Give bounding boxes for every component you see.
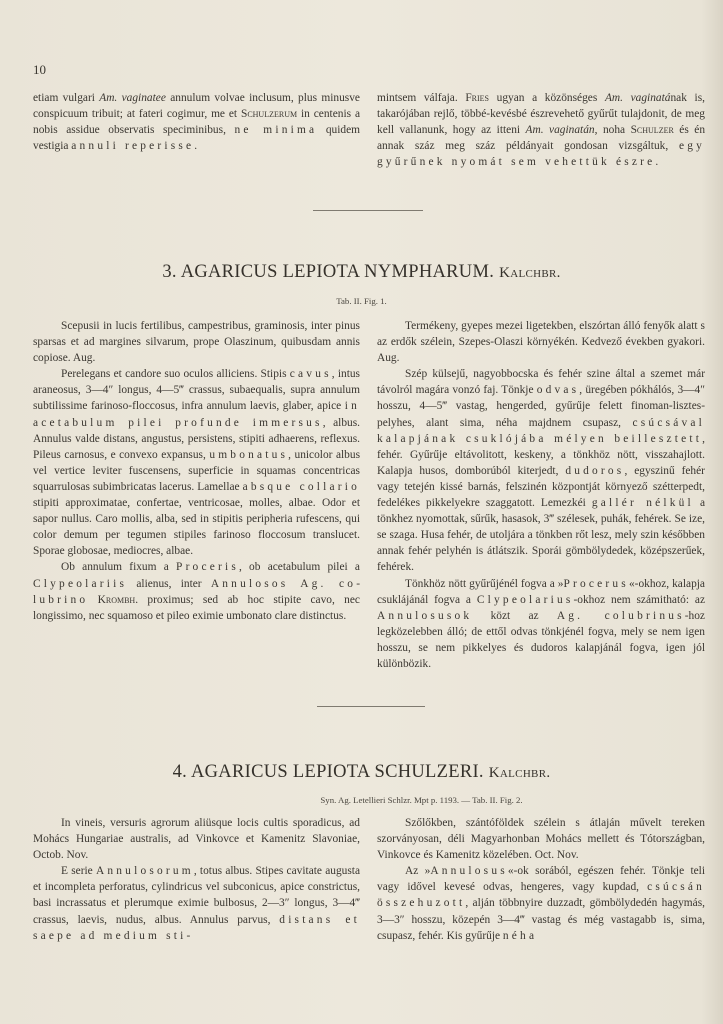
section-3-plate-ref: Tab. II. Fig. 1. [0,296,723,306]
section-divider [313,210,423,211]
continuation-hungarian: mintsem válfaja. Fries ugyan a közönsége… [377,90,705,170]
section-4-title: 4. AGARICUS LEPIOTA SCHULZERI. Kalchbr. [0,762,723,783]
section-4-hungarian: Szőlőkben, szántóföldek szélein s átlajá… [377,815,705,944]
section-4-latin: In vineis, versuris agrorum aliüsque loc… [33,815,360,944]
section-4-synonym-ref: Syn. Ag. Letellieri Schlzr. Mpt p. 1193.… [60,795,723,805]
page-number: 10 [33,62,46,78]
section-3-latin: Scepusii in lucis fertilibus, campestrib… [33,318,360,624]
section-3-hungarian: Termékeny, gyepes mezei ligetekben, elsz… [377,318,705,672]
section-3-title: 3. AGARICUS LEPIOTA NYMPHARUM. Kalchbr. [0,262,723,283]
book-page: 10 etiam vulgari Am. vaginatee annulum v… [0,0,723,1024]
section-divider [317,706,425,707]
continuation-latin: etiam vulgari Am. vaginatee annulum volv… [33,90,360,154]
